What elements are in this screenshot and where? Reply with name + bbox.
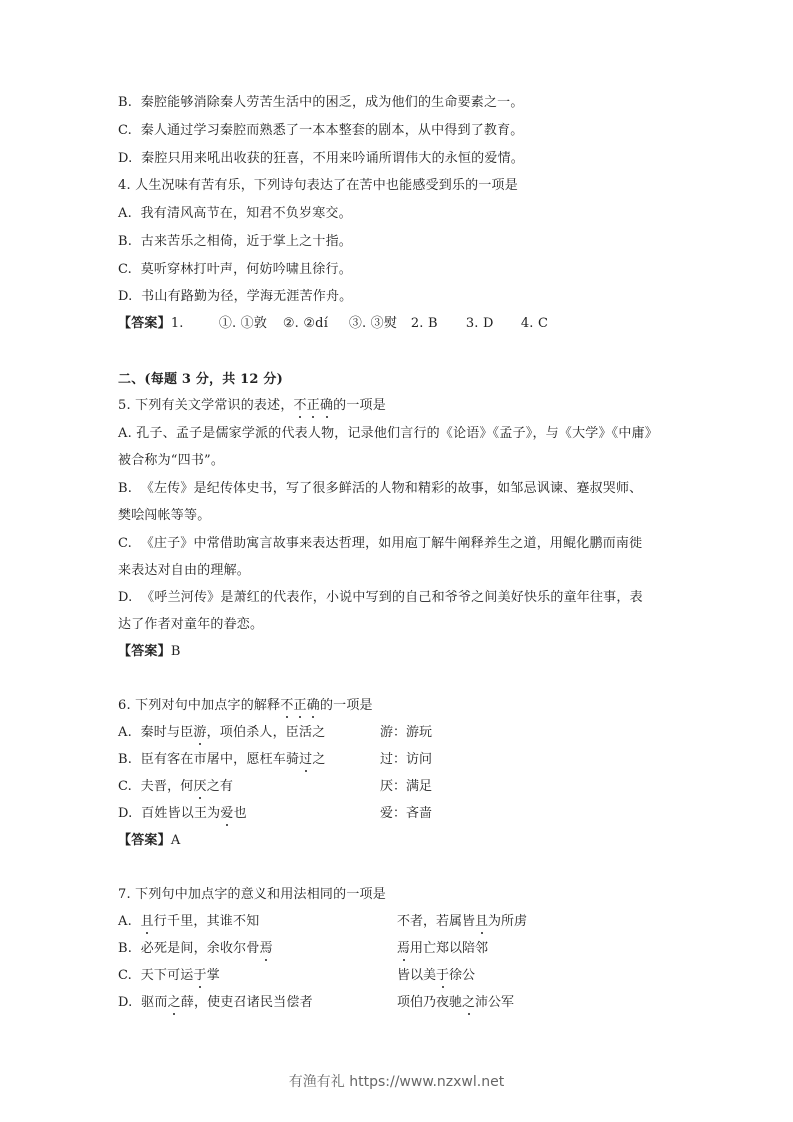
option-label: D. xyxy=(118,995,133,1010)
dotted-char: 正 xyxy=(307,398,320,414)
q5-option-c-cont: 来表达对自由的理解。 xyxy=(118,563,250,579)
option-text: 皆以美 xyxy=(397,968,436,983)
stem-text: 6. 下列对句中加点字的解释 xyxy=(118,698,280,713)
dotted-char: 之 xyxy=(462,995,475,1011)
q5-option-b-cont: 樊哙闯帐等等。 xyxy=(118,508,210,524)
dotted-char: 不 xyxy=(280,698,293,714)
answer-item: 2. B xyxy=(411,316,466,332)
option-label: D. xyxy=(118,289,133,304)
option-text: 行千里，其谁不知 xyxy=(154,914,260,929)
q4-option-a: A. 我有清风高节在，知君不负岁寒交。 xyxy=(118,206,352,222)
option-text: 项伯乃夜驰 xyxy=(397,995,462,1010)
q6-option-a-explain: 游：游玩 xyxy=(380,725,432,741)
option-text: 秦人通过学习秦腔而熟悉了一本本整套的剧本，从中得到了教育。 xyxy=(141,123,524,138)
option-label: C. xyxy=(118,536,132,551)
dotted-char: 不 xyxy=(294,398,307,414)
option-text: 驱而 xyxy=(141,995,167,1010)
q7-option-b-right: 焉用亡郑以陪邻 xyxy=(397,941,488,957)
q6-option-a: A. 秦时与臣游，项伯杀人，臣活之 xyxy=(118,725,325,741)
q7-option-c: C. 天下可运于掌 xyxy=(118,968,220,984)
option-text: 用亡郑以陪邻 xyxy=(410,941,488,956)
option-text: 不者，若属皆 xyxy=(397,914,475,929)
option-text: 秦时与臣 xyxy=(141,725,194,740)
q4-stem: 4. 人生况味有苦有乐，下列诗句表达了在苦中也能感受到乐的一项是 xyxy=(118,178,518,194)
stem-text: 的一项是 xyxy=(320,698,373,713)
dotted-char: 焉 xyxy=(260,941,273,957)
part1-answer: 【答案】1.①. ①敦②. ②dí③. ③熨2. B3. D4. C xyxy=(118,316,548,332)
option-label: B. xyxy=(118,941,132,956)
q7-stem: 7. 下列句中加点字的意义和用法相同的一项是 xyxy=(118,887,386,903)
option-label: A. xyxy=(118,914,132,929)
option-text: 必死是间，余收尔骨 xyxy=(141,941,260,956)
answer-label: 【答案】 xyxy=(118,833,171,848)
section-heading: 二、(每题 3 分，共 12 分) xyxy=(118,372,283,388)
q5-option-a-cont: 被合称为“四书”。 xyxy=(118,453,224,469)
q5-option-d-cont: 达了作者对童年的眷恋。 xyxy=(118,617,263,633)
option-label: B. xyxy=(118,234,132,249)
dotted-char: 厌 xyxy=(194,779,207,795)
q7-option-d: D. 驱而之薛，使吏召诸民当偿者 xyxy=(118,995,313,1011)
q7-option-c-right: 皆以美于徐公 xyxy=(397,968,475,984)
option-text: 秦腔只用来吼出收获的狂喜，不用来吟诵所谓伟大的永恒的爱情。 xyxy=(141,151,524,166)
q5-option-b: B. 《左传》是纪传体史书，写了很多鲜活的人物和精彩的故事，如邹忌讽谏、蹇叔哭师… xyxy=(118,481,642,497)
option-label: C. xyxy=(118,262,132,277)
q4-option-d: D. 书山有路勤为径，学海无涯苦作舟。 xyxy=(118,289,352,305)
q6-option-b: B. 臣有客在市屠中，愿枉车骑过之 xyxy=(118,752,326,768)
option-text: 我有清风高节在，知君不负岁寒交。 xyxy=(141,206,352,221)
dotted-char: 于 xyxy=(436,968,449,984)
dotted-char: 于 xyxy=(194,968,207,984)
dotted-char: 正 xyxy=(294,698,307,714)
q3-option-b: B. 秦腔能够消除秦人劳苦生活中的困乏，成为他们的生命要素之一。 xyxy=(118,95,524,111)
answer-item: 4. C xyxy=(521,316,548,332)
q3-option-c: C. 秦人通过学习秦腔而熟悉了一本本整套的剧本，从中得到了教育。 xyxy=(118,123,524,139)
option-label: D. xyxy=(118,151,133,166)
answer-item: 1. xyxy=(171,316,219,332)
option-text: 徐公 xyxy=(449,968,475,983)
q5-answer: 【答案】B xyxy=(118,644,181,660)
option-label: D. xyxy=(118,590,133,605)
option-text: 书山有路勤为径，学海无涯苦作舟。 xyxy=(141,289,352,304)
option-text: 古来苦乐之相倚，近于掌上之十指。 xyxy=(141,234,352,249)
q6-option-d: D. 百姓皆以王为爱也 xyxy=(118,806,247,822)
option-text: 夫晋，何 xyxy=(141,779,194,794)
answer-item: ③. ③熨 xyxy=(349,316,411,332)
dotted-char: 且 xyxy=(141,914,154,930)
q4-option-c: C. 莫听穿林打叶声，何妨吟啸且徐行。 xyxy=(118,262,352,278)
footer-watermark: 有渔有礼 https://www.nzxwl.net xyxy=(0,1071,793,1091)
option-text: 《呼兰河传》是萧红的代表作，小说中写到的自己和爷爷之间美好快乐的童年往事，表 xyxy=(141,590,643,605)
option-text: 沛公军 xyxy=(475,995,514,1010)
answer-value: B xyxy=(171,644,181,659)
answer-label: 【答案】 xyxy=(118,316,171,331)
q5-option-c: C. 《庄子》中常借助寓言故事来表达哲理，如用庖丁解牛阐释养生之道，用鲲化鹏而南… xyxy=(118,536,642,552)
q4-option-b: B. 古来苦乐之相倚，近于掌上之十指。 xyxy=(118,234,352,250)
option-label: C. xyxy=(118,123,132,138)
option-text: ，项伯杀人，臣活之 xyxy=(207,725,326,740)
q6-option-c-explain: 厌：满足 xyxy=(380,779,432,795)
q5-stem: 5. 下列有关文学常识的表述，不正确的一项是 xyxy=(118,398,386,414)
dotted-char: 确 xyxy=(320,398,333,414)
option-text: 《庄子》中常借助寓言故事来表达哲理，如用庖丁解牛阐释养生之道，用鲲化鹏而南徙 xyxy=(141,536,643,551)
answer-item: ①. ①敦 xyxy=(219,316,283,332)
dotted-char: 确 xyxy=(307,698,320,714)
option-text: 之 xyxy=(312,752,325,767)
option-text: 《左传》是纪传体史书，写了很多鲜活的人物和精彩的故事，如邹忌讽谏、蹇叔哭师、 xyxy=(141,481,643,496)
answer-item: ②. ②dí xyxy=(283,316,349,332)
q6-option-b-explain: 过：访问 xyxy=(380,752,432,768)
option-label: A. xyxy=(118,725,132,740)
stem-text: 5. 下列有关文学常识的表述， xyxy=(118,398,294,413)
option-text: 孔子、孟子是儒家学派的代表人物，记录他们言行的《论语》《孟子》，与《大学》《中庸… xyxy=(136,426,658,441)
dotted-char: 焉 xyxy=(397,941,410,957)
option-text: 为所虏 xyxy=(488,914,527,929)
dotted-char: 且 xyxy=(475,914,488,930)
q7-option-a-right: 不者，若属皆且为所虏 xyxy=(397,914,527,930)
q7-option-a: A. 且行千里，其谁不知 xyxy=(118,914,259,930)
option-text: 也 xyxy=(234,806,247,821)
stem-text: 的一项是 xyxy=(333,398,386,413)
option-label: C. xyxy=(118,779,132,794)
option-label: B. xyxy=(118,481,132,496)
option-label: D. xyxy=(118,806,133,821)
option-text: 掌 xyxy=(207,968,220,983)
answer-item: 3. D xyxy=(466,316,521,332)
option-text: 百姓皆以王为 xyxy=(141,806,220,821)
dotted-char: 过 xyxy=(299,752,312,768)
option-text: 天下可运 xyxy=(141,968,194,983)
q6-stem: 6. 下列对句中加点字的解释不正确的一项是 xyxy=(118,698,373,714)
q6-option-d-explain: 爱：吝啬 xyxy=(380,806,432,822)
q5-option-d: D. 《呼兰河传》是萧红的代表作，小说中写到的自己和爷爷之间美好快乐的童年往事，… xyxy=(118,590,643,606)
option-text: 莫听穿林打叶声，何妨吟啸且徐行。 xyxy=(141,262,352,277)
answer-label: 【答案】 xyxy=(118,644,171,659)
option-label: A. xyxy=(118,426,132,441)
option-label: B. xyxy=(118,752,132,767)
option-text: 臣有客在市屠中，愿枉车骑 xyxy=(141,752,299,767)
q5-option-a: A. 孔子、孟子是儒家学派的代表人物，记录他们言行的《论语》《孟子》，与《大学》… xyxy=(118,426,658,442)
option-text: 秦腔能够消除秦人劳苦生活中的困乏，成为他们的生命要素之一。 xyxy=(141,95,524,110)
q7-option-d-right: 项伯乃夜驰之沛公军 xyxy=(397,995,514,1011)
dotted-char: 游 xyxy=(193,725,206,741)
option-label: C. xyxy=(118,968,132,983)
dotted-char: 爱 xyxy=(220,806,233,822)
q6-answer: 【答案】A xyxy=(118,833,180,849)
option-label: A. xyxy=(118,206,132,221)
option-label: B. xyxy=(118,95,132,110)
dotted-char: 之 xyxy=(168,995,181,1011)
answer-value: A xyxy=(171,833,181,848)
option-text: 薛，使吏召诸民当偿者 xyxy=(181,995,313,1010)
q6-option-c: C. 夫晋，何厌之有 xyxy=(118,779,233,795)
q3-option-d: D. 秦腔只用来吼出收获的狂喜，不用来吟诵所谓伟大的永恒的爱情。 xyxy=(118,151,524,167)
option-text: 之有 xyxy=(207,779,233,794)
q7-option-b: B. 必死是间，余收尔骨焉 xyxy=(118,941,273,957)
